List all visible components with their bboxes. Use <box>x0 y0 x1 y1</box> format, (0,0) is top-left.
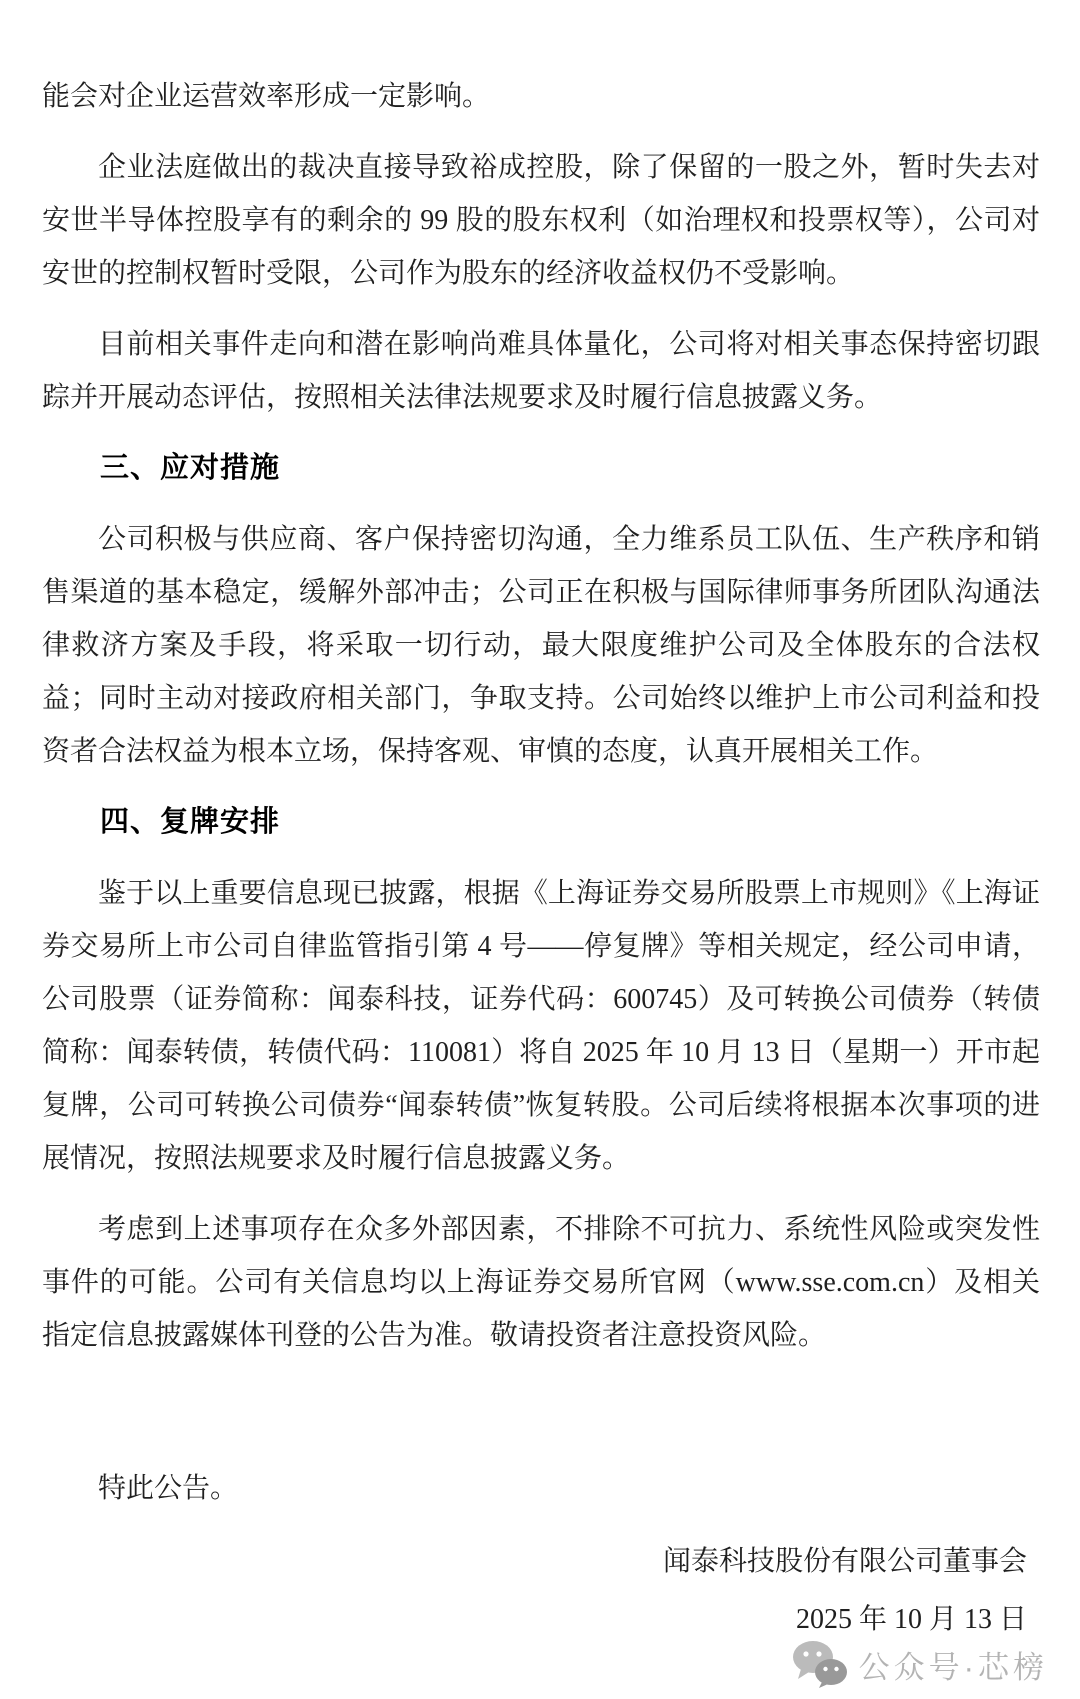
paragraph-measures: 公司积极与供应商、客户保持密切沟通，全力维系员工队伍、生产秩序和销售渠道的基本稳… <box>42 513 1040 778</box>
paragraph-impact-tail: 能会对企业运营效率形成一定影响。 <box>42 70 1040 123</box>
paragraph-risk-notice: 考虑到上述事项存在众多外部因素，不排除不可抗力、系统性风险或突发性事件的可能。公… <box>42 1203 1040 1362</box>
section-heading-resumption: 四、复牌安排 <box>42 796 1040 849</box>
wechat-icon <box>791 1639 849 1689</box>
signature-line: 闻泰科技股份有限公司董事会 <box>42 1535 1040 1588</box>
announcement-body: 能会对企业运营效率形成一定影响。 企业法庭做出的裁决直接导致裕成控股，除了保留的… <box>0 0 1080 1646</box>
paragraph-resumption: 鉴于以上重要信息现已披露，根据《上海证券交易所股票上市规则》《上海证券交易所上市… <box>42 867 1040 1185</box>
announcement-page: 能会对企业运营效率形成一定影响。 企业法庭做出的裁决直接导致裕成控股，除了保留的… <box>0 0 1080 1699</box>
date-line: 2025 年 10 月 13 日 <box>42 1593 1040 1646</box>
paragraph-event-tracking: 目前相关事件走向和潜在影响尚难具体量化，公司将对相关事态保持密切跟踪并开展动态评… <box>42 318 1040 424</box>
closing-statement: 特此公告。 <box>42 1462 1040 1515</box>
watermark: 公众号·芯榜 <box>791 1639 1048 1689</box>
section-heading-measures: 三、应对措施 <box>42 442 1040 495</box>
watermark-label: 公众号·芯榜 <box>859 1642 1048 1687</box>
paragraph-court-ruling: 企业法庭做出的裁决直接导致裕成控股，除了保留的一股之外，暂时失去对安世半导体控股… <box>42 141 1040 300</box>
